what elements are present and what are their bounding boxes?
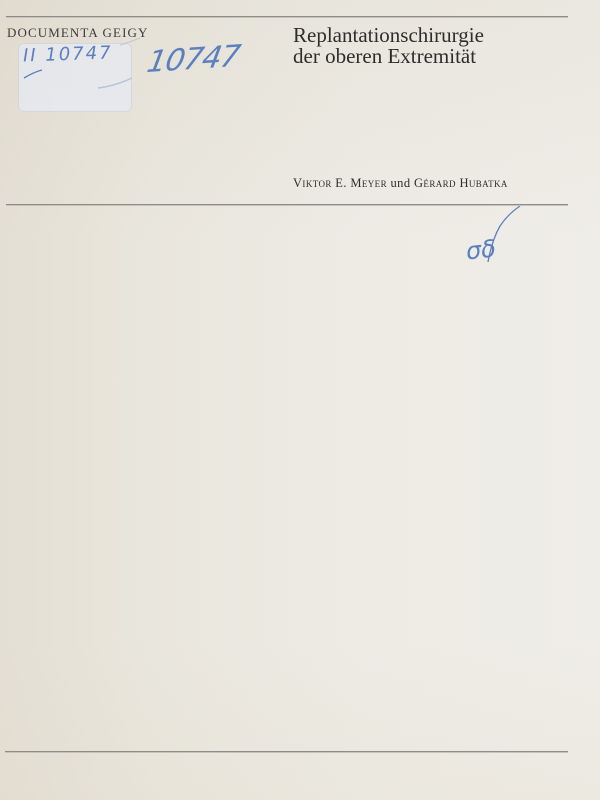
title-line-2: der oberen Extremität	[293, 46, 484, 67]
series-name: DOCUMENTA GEIGY	[7, 25, 148, 41]
bottom-rule	[5, 751, 568, 753]
book-title: Replantationschirurgie der oberen Extrem…	[293, 25, 484, 67]
paper-texture	[0, 0, 600, 800]
author-1: Viktor E. Meyer	[293, 176, 387, 190]
author-rule	[6, 204, 568, 206]
handwritten-accession-number: 10747	[144, 39, 242, 80]
handwriting-strokes	[0, 0, 600, 800]
author-line: Viktor E. Meyer und Gérard Hubatka	[293, 176, 508, 191]
author-conjunction: und	[391, 176, 411, 190]
handwritten-initials: σδ	[465, 235, 498, 266]
sticker-shelf-number: II 10747	[23, 42, 113, 66]
author-2: Gérard Hubatka	[414, 176, 508, 190]
title-line-1: Replantationschirurgie	[293, 25, 484, 46]
top-rule	[6, 16, 568, 18]
